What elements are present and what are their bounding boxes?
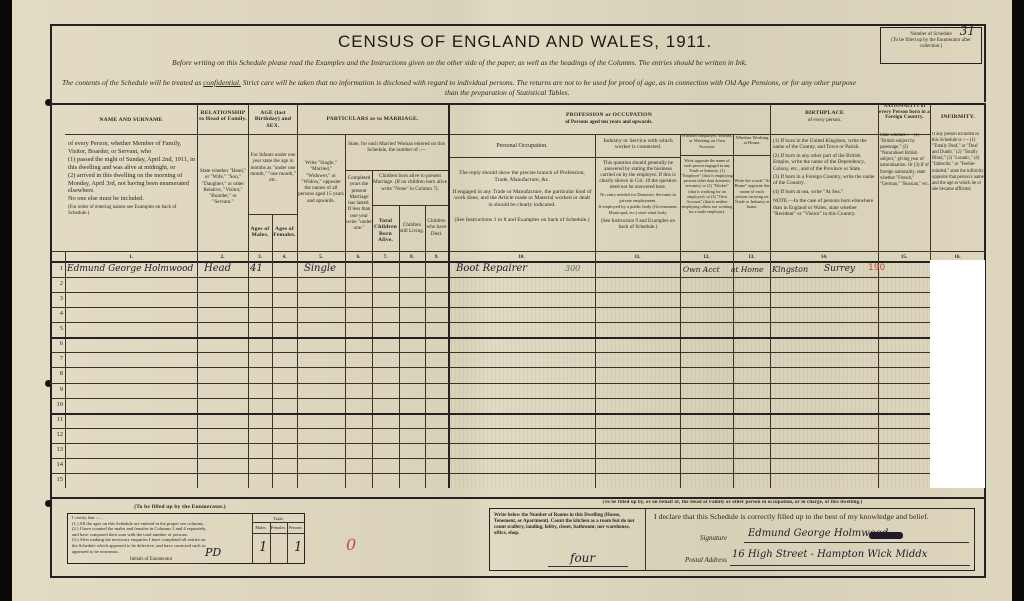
header-completed-years: Completed years the present Marriage has…	[346, 175, 372, 232]
column-number: 1.	[65, 255, 197, 260]
instruction-line-2: The contents of the Schedule will be tre…	[62, 78, 856, 87]
column-number: 15.	[878, 255, 930, 260]
name-instruction: (For order of entering names see Example…	[68, 205, 196, 217]
name-instruction: No one else must be included.	[68, 195, 196, 203]
instruction-line-3: than the preparation of Statistical Tabl…	[445, 88, 569, 97]
column-number: 5.	[297, 255, 345, 260]
header-children-born-alive: Children born alive to present Marriage.…	[373, 173, 447, 192]
row-number: 8	[50, 370, 65, 377]
column-number: 9.	[425, 255, 448, 260]
header-infirmity: INFIRMITY.	[931, 114, 985, 120]
totals-divider	[252, 533, 305, 534]
initials-underline	[160, 563, 208, 564]
header-children-living: Children still Living.	[399, 222, 425, 235]
row-number: 5	[50, 325, 65, 332]
postal-address-label: Postal Address	[685, 556, 727, 564]
header-birthplace-subtitle: of every person.	[771, 117, 878, 123]
column-number: 2.	[197, 255, 248, 260]
birthplace-instruction: (1) If born in the United Kingdom, write…	[773, 138, 877, 151]
totals-persons-value[interactable]: 1	[294, 540, 302, 555]
birthplace-instruction: (3) If born in a Foreign Country, write …	[773, 174, 877, 187]
infirmity-redaction	[930, 260, 985, 488]
header-divider	[680, 155, 770, 156]
rooms-divider	[645, 509, 646, 571]
industry-instructions: This question should generally be answer…	[597, 160, 679, 230]
header-age: AGE (last Birthday) and SEX.	[249, 110, 297, 129]
row-1-marriage[interactable]: Single	[304, 263, 336, 274]
enumerator-certification: I certify that :— (1.) All the ages on t…	[72, 515, 208, 554]
row-1-occupation-code: 300	[565, 264, 580, 273]
header-personal-occupation: Personal Occupation.	[450, 143, 594, 149]
column-divider	[425, 205, 426, 488]
row-number: 6	[50, 340, 65, 347]
industry-instruction: If employed by a public body (Government…	[597, 204, 679, 216]
header-ages-males: Ages of Males.	[248, 226, 272, 239]
rooms-value[interactable]: four	[570, 551, 595, 565]
nationality-instructions: State whether :— (1) "British subject by…	[880, 133, 930, 188]
row-divider	[50, 398, 930, 399]
instruction-line-1: Before writing on this Schedule please r…	[172, 58, 747, 67]
header-divider	[372, 205, 448, 206]
row-number: 15	[50, 476, 65, 483]
header-occupation: PROFESSION or OCCUPATION	[448, 112, 770, 118]
header-divider	[345, 170, 448, 171]
rooms-instructions: Write below the Number of Rooms in this …	[494, 513, 642, 537]
totals-persons-label: Persons.	[287, 525, 305, 531]
industry-instruction: No entry needed for Domestic Servants in…	[597, 192, 679, 204]
column-divider	[399, 205, 400, 488]
header-nationality: NATIONALITY of every Person born in a Fo…	[879, 104, 930, 121]
row-1-name[interactable]: Edmund George Holmwood	[67, 264, 193, 274]
employer-instructions: Write opposite the name of each person e…	[681, 158, 733, 214]
red-check-mark: 0	[346, 535, 356, 554]
row-divider	[50, 383, 930, 384]
row-number: 1	[50, 265, 65, 272]
row-number: 2	[50, 280, 65, 287]
header-divider	[65, 134, 930, 135]
row-divider	[50, 337, 930, 339]
column-number: 13.	[733, 255, 770, 260]
row-divider	[50, 367, 930, 368]
row-divider	[50, 458, 930, 459]
industry-instruction: This question should generally be answer…	[597, 160, 679, 190]
infirmity-instructions: If any person included in this Schedule …	[932, 132, 985, 193]
header-divider	[448, 157, 680, 158]
header-marriage: PARTICULARS as to MARRIAGE.	[297, 116, 448, 122]
age-instructions: For Infants under one year state the age…	[249, 152, 297, 183]
row-number: 13	[50, 446, 65, 453]
row-number: 3	[50, 295, 65, 302]
header-divider	[50, 251, 986, 252]
header-children-died: Children who have Died.	[425, 218, 448, 237]
certify-text: (2.) I have counted the males and female…	[72, 526, 208, 537]
name-instruction: (2) arrived in this dwelling on the morn…	[68, 172, 196, 195]
schedule-number-value[interactable]: 31	[960, 28, 975, 34]
row-1-birthplace-town[interactable]: Kingston	[772, 265, 808, 274]
home-instructions: Write the words "At Home" opposite the n…	[734, 178, 770, 210]
schedule-number-note: (To be filled up by the Enumerator after…	[884, 38, 978, 50]
signature-scribble-icon	[869, 532, 903, 539]
postal-address-value[interactable]: 16 High Street - Hampton Wick Middx	[732, 549, 927, 560]
row-divider	[50, 292, 930, 293]
initials-label: Initials of Enumerator	[130, 557, 172, 562]
name-instruction: of every Person, whether Member of Famil…	[68, 140, 196, 155]
row-number: 12	[50, 431, 65, 438]
header-birthplace: BIRTHPLACE	[771, 110, 878, 116]
header-industry: Industry or Service with which worker is…	[597, 138, 679, 151]
column-number: 11.	[595, 255, 680, 260]
column-number: 3.	[248, 255, 272, 260]
rooms-underline	[548, 566, 628, 567]
column-divider	[65, 251, 66, 488]
totals-males-value[interactable]: 1	[259, 540, 267, 555]
paper-texture	[448, 262, 930, 488]
row-number: 14	[50, 461, 65, 468]
row-1-birthplace-code: 190	[868, 263, 885, 273]
row-divider	[50, 473, 930, 474]
row-divider	[50, 322, 930, 323]
totals-females-label: Females.	[270, 525, 287, 531]
row-divider	[50, 352, 930, 353]
header-employer: Whether Employer, Worker, or Working on …	[681, 133, 733, 149]
signature-label: Signature	[700, 534, 727, 542]
column-number: 8.	[399, 255, 425, 260]
header-occupation-subtitle: of Persons aged ten years and upwards.	[448, 119, 770, 125]
row-1-employer-status[interactable]: Own Acct	[683, 265, 720, 274]
personal-occupation-instructions: The reply should show the precise branch…	[452, 170, 592, 224]
totals-males-label: Males.	[252, 525, 270, 531]
signature-underline	[744, 542, 969, 543]
name-instruction: (1) passed the night of Sunday, April 2n…	[68, 156, 196, 171]
row-divider	[50, 413, 930, 415]
address-underline	[730, 565, 970, 566]
row-number: 7	[50, 355, 65, 362]
industry-instruction: (See Instruction 9 and Examples on back …	[597, 218, 679, 230]
birthplace-instruction: (2) If born in any other part of the Bri…	[773, 153, 877, 172]
page-title: CENSUS OF ENGLAND AND WALES, 1911.	[300, 32, 750, 52]
column-divider	[197, 103, 198, 488]
enumerator-initials[interactable]: PD	[205, 546, 221, 559]
head-of-family-heading: (To be filled up by, or on behalf of, th…	[490, 500, 975, 506]
birthplace-note: NOTE.—In the case of persons born elsewh…	[773, 198, 877, 217]
column-number: 10.	[448, 255, 595, 260]
header-name-surname: NAME AND SURNAME	[65, 117, 197, 123]
enumerator-heading: (To be filled up by the Enumerator.)	[60, 504, 300, 510]
marriage-write-instructions: Write "Single," "Married," "Widower," or…	[298, 160, 344, 204]
header-total-children: Total Children Born Alive.	[372, 218, 399, 243]
column-number: 7.	[372, 255, 399, 260]
birthplace-instruction: (4) If born at sea, write "At Sea."	[773, 189, 877, 195]
row-1-working-at-home[interactable]: at Home	[731, 265, 763, 274]
instruction-text: The contents of the Schedule will be tre…	[62, 78, 201, 87]
column-number: 14.	[770, 255, 878, 260]
relationship-instructions: State whether "Head," or "Wife," "Son," …	[199, 168, 247, 206]
row-divider	[50, 443, 930, 444]
occupation-instruction: (See Instructions 1 to 8 and Examples on…	[452, 217, 592, 224]
column-number: 12.	[680, 255, 733, 260]
column-number: 4.	[272, 255, 297, 260]
occupation-instruction: If engaged in any Trade or Manufacture, …	[452, 189, 592, 209]
row-1-occupation[interactable]: Boot Repairer	[456, 263, 527, 274]
row-1-relationship[interactable]: Head	[204, 263, 231, 274]
totals-label: Total.	[252, 516, 305, 522]
header-working-at-home: Whether Working at Home.	[734, 135, 770, 146]
row-number: 4	[50, 310, 65, 317]
row-number: 10	[50, 401, 65, 408]
header-relationship: RELATIONSHIP to Head of Family.	[198, 110, 248, 123]
birthplace-instructions: (1) If born in the United Kingdom, write…	[773, 138, 877, 217]
row-number: 11	[50, 416, 65, 423]
row-divider	[50, 428, 930, 429]
marriage-state-instructions: State, for each Married Woman entered on…	[346, 141, 447, 154]
header-ages-females: Ages of Females.	[272, 226, 297, 239]
row-number: 9	[50, 386, 65, 393]
certify-text: (3.) After making the necessary enquirie…	[72, 537, 208, 554]
row-1-age-male[interactable]: 41	[250, 263, 263, 274]
column-number: 6.	[345, 255, 372, 260]
schedule-number-box: Number of Schedule (To be filled up by t…	[880, 27, 982, 64]
declaration-text: I declare that this Schedule is correctl…	[654, 512, 929, 521]
instruction-text: Strict care will be taken that no inform…	[243, 78, 856, 87]
row-divider	[50, 277, 930, 278]
row-divider	[50, 307, 930, 308]
occupation-instruction: The reply should show the precise branch…	[452, 170, 592, 184]
name-column-instructions: of every Person, whether Member of Famil…	[68, 140, 196, 217]
row-1-birthplace-county[interactable]: Surrey	[824, 264, 855, 274]
confidential-word: confidential.	[203, 78, 241, 87]
